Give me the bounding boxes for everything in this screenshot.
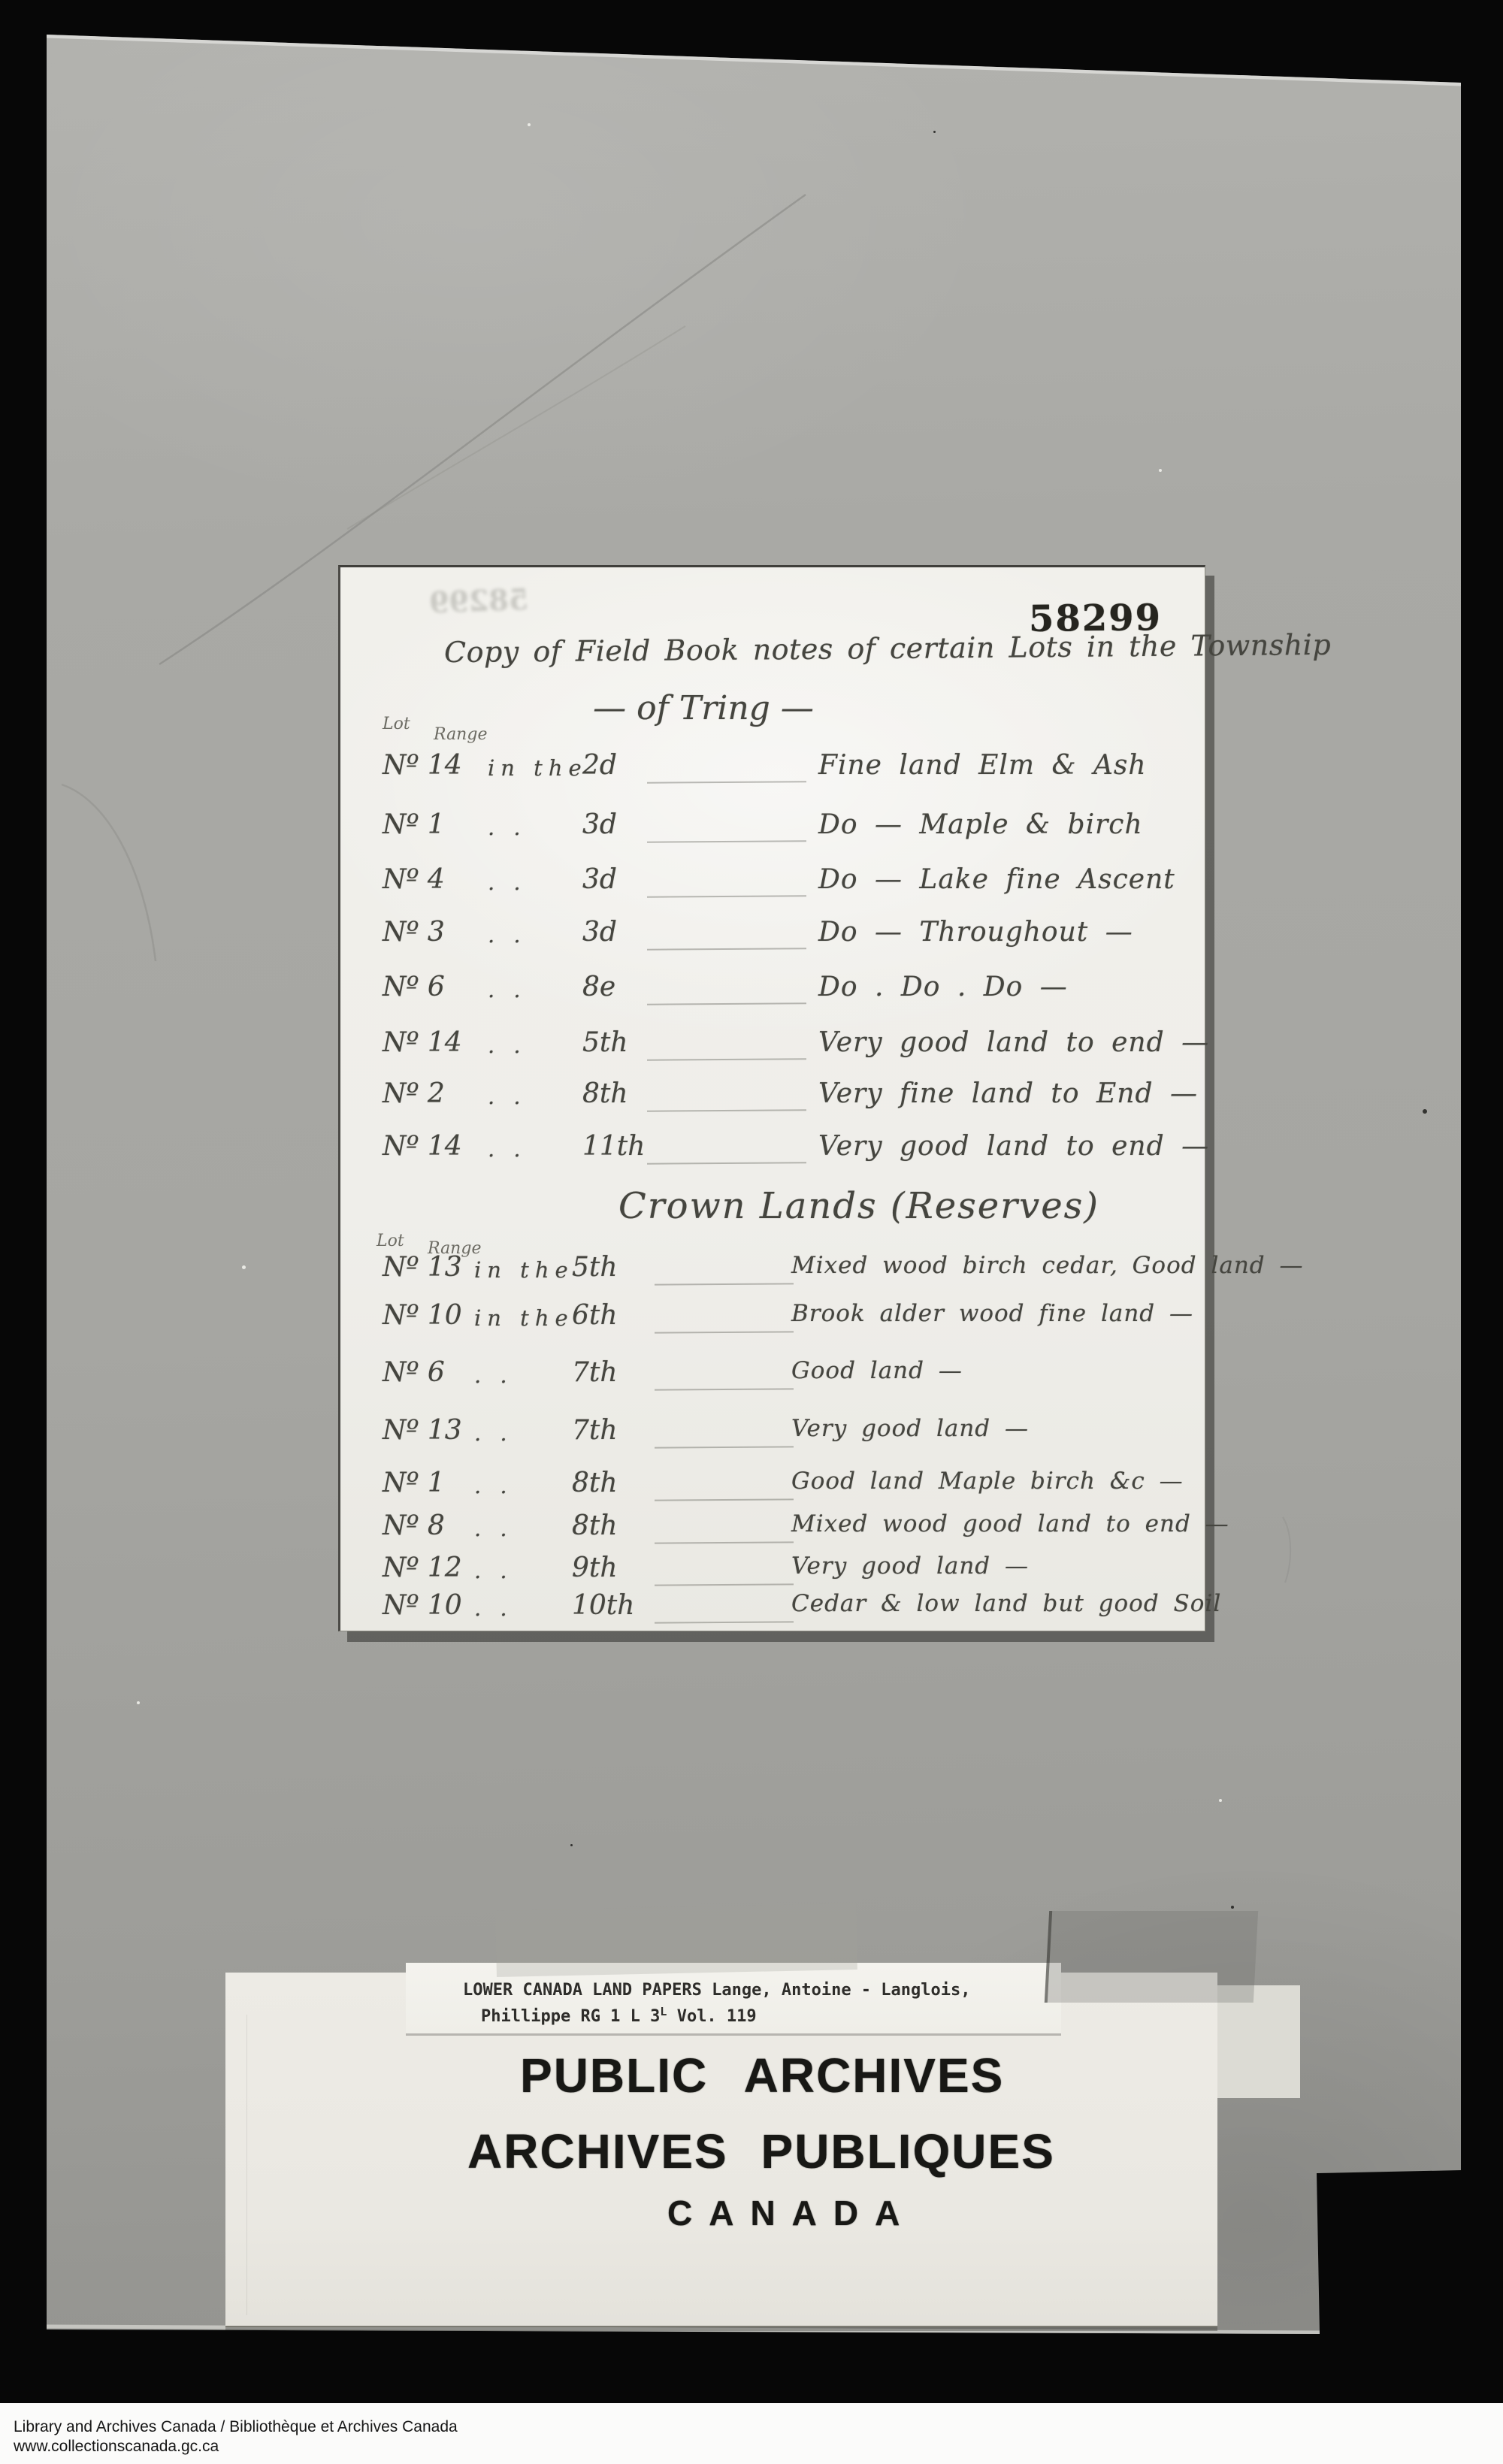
photo-speck bbox=[570, 1844, 573, 1846]
row-mid: . . bbox=[474, 1362, 513, 1388]
row-range: 3d bbox=[582, 809, 617, 840]
row-lot: Nº 12 bbox=[383, 1552, 462, 1583]
row-description: Mixed wood good land to end — bbox=[791, 1510, 1229, 1537]
row-lot: Nº 6 bbox=[383, 972, 445, 1002]
row-description: Good land — bbox=[791, 1357, 963, 1384]
photo-speck bbox=[528, 123, 531, 126]
catalog-label-line1: LOWER CANADA LAND PAPERS Lange, Antoine … bbox=[463, 1981, 971, 2000]
row-lot: Nº 2 bbox=[383, 1078, 445, 1109]
photo-speck bbox=[1231, 1906, 1234, 1909]
photo-speck bbox=[1159, 469, 1162, 472]
footer-attribution: Library and Archives Canada / Bibliothèq… bbox=[14, 2418, 458, 2436]
catalog-label-line2-text: Phillippe RG 1 L 3 bbox=[481, 2007, 660, 2026]
sheet-inner-edge bbox=[246, 2015, 247, 2315]
row-mid: in the bbox=[474, 1305, 574, 1331]
row-range: 9th bbox=[572, 1552, 618, 1583]
public-archives-line-canada: CANADA bbox=[667, 2193, 916, 2233]
row-lot: Nº 4 bbox=[383, 864, 445, 895]
row-rule bbox=[655, 1446, 794, 1448]
row-lot: Nº 13 bbox=[383, 1252, 462, 1283]
photo-speck bbox=[1219, 1799, 1222, 1802]
row-range: 3d bbox=[582, 917, 617, 948]
row-mid: in the bbox=[488, 755, 588, 781]
row-lot: Nº 6 bbox=[383, 1357, 445, 1388]
row-rule bbox=[655, 1283, 794, 1285]
ledger-row: Nº 8 . . 8th Mixed wood good land to end… bbox=[340, 1510, 1205, 1555]
row-rule bbox=[647, 895, 806, 897]
row-range: 8th bbox=[572, 1468, 618, 1498]
document-title-township: — of Tring — bbox=[527, 689, 880, 727]
row-range: 3d bbox=[582, 864, 617, 895]
row-rule bbox=[655, 1621, 794, 1623]
row-mid: . . bbox=[488, 977, 527, 1002]
row-range: 5th bbox=[582, 1027, 628, 1058]
row-rule bbox=[655, 1498, 794, 1501]
scanned-archive-page: 58299 58299 Copy of Field Book notes of … bbox=[0, 0, 1503, 2464]
row-lot: Nº 14 bbox=[383, 750, 462, 781]
row-description: Very good land — bbox=[791, 1552, 1029, 1580]
row-lot: Nº 14 bbox=[383, 1027, 462, 1058]
row-range: 5th bbox=[572, 1252, 618, 1283]
ledger-row: Nº 1 . . 3d Do — Maple & birch bbox=[340, 809, 1205, 854]
row-lot: Nº 14 bbox=[383, 1131, 462, 1162]
row-mid: . . bbox=[488, 1084, 527, 1109]
row-range: 6th bbox=[572, 1300, 618, 1331]
row-mid: . . bbox=[474, 1516, 513, 1541]
row-rule bbox=[655, 1331, 794, 1333]
row-mid: . . bbox=[488, 922, 527, 948]
row-rule bbox=[647, 1058, 806, 1060]
catalog-label-volume: Vol. 119 bbox=[667, 2007, 756, 2026]
photo-speck bbox=[137, 1701, 140, 1704]
row-range: 7th bbox=[572, 1357, 618, 1388]
row-description: Do . Do . Do — bbox=[818, 972, 1068, 1002]
photo-speck bbox=[933, 131, 936, 133]
row-description: Brook alder wood fine land — bbox=[791, 1300, 1193, 1327]
row-lot: Nº 8 bbox=[383, 1510, 445, 1541]
row-rule bbox=[655, 1541, 794, 1543]
ghost-stamp-number: 58299 bbox=[428, 582, 529, 620]
masking-tape-left bbox=[495, 1903, 857, 1977]
row-rule bbox=[647, 840, 806, 842]
row-description: Do — Maple & birch bbox=[818, 809, 1143, 840]
public-archives-line-en: PUBLIC ARCHIVES bbox=[520, 2048, 1004, 2103]
row-range: 8th bbox=[582, 1078, 628, 1109]
ledger-row: Nº 1 . . 8th Good land Maple birch &c — bbox=[340, 1468, 1205, 1513]
ledger-row: Nº 6 . . 7th Good land — bbox=[340, 1357, 1205, 1402]
row-description: Very good land to end — bbox=[818, 1131, 1209, 1162]
row-lot: Nº 10 bbox=[383, 1300, 462, 1331]
row-range: 8th bbox=[572, 1510, 618, 1541]
section-heading-crown-lands: Crown Lands (Reserves) bbox=[618, 1185, 1099, 1227]
column-header-range: Range bbox=[434, 725, 487, 744]
row-range: 8e bbox=[582, 972, 615, 1002]
row-mid: . . bbox=[474, 1558, 513, 1583]
row-mid: . . bbox=[488, 869, 527, 895]
document-sheet: 58299 58299 Copy of Field Book notes of … bbox=[338, 565, 1205, 1631]
document-title: Copy of Field Book notes of certain Lots… bbox=[444, 628, 1332, 669]
crown-column-header-lot: Lot bbox=[377, 1232, 404, 1250]
photo-speck bbox=[1423, 1109, 1427, 1114]
row-rule bbox=[647, 948, 806, 950]
row-rule bbox=[647, 1109, 806, 1111]
row-range: 11th bbox=[582, 1131, 645, 1162]
row-description: Very good land to end — bbox=[818, 1027, 1209, 1058]
ledger-row: Nº 6 . . 8e Do . Do . Do — bbox=[340, 972, 1205, 1017]
row-mid: . . bbox=[488, 1136, 527, 1162]
row-description: Do — Lake fine Ascent bbox=[818, 864, 1175, 895]
ledger-row: Nº 3 . . 3d Do — Throughout — bbox=[340, 917, 1205, 962]
row-rule bbox=[647, 1002, 806, 1005]
row-range: 10th bbox=[572, 1590, 634, 1621]
ledger-row: Nº 14 . . 11th Very good land to end — bbox=[340, 1131, 1205, 1176]
row-description: Do — Throughout — bbox=[818, 917, 1133, 948]
row-description: Good land Maple birch &c — bbox=[791, 1468, 1184, 1495]
masking-tape-right bbox=[1045, 1911, 1258, 2003]
row-rule bbox=[655, 1583, 794, 1586]
row-mid: . . bbox=[488, 1032, 527, 1058]
footer-url: www.collectionscanada.gc.ca bbox=[14, 2438, 219, 2456]
row-lot: Nº 1 bbox=[383, 809, 445, 840]
row-description: Mixed wood birch cedar, Good land — bbox=[791, 1252, 1304, 1279]
row-mid: in the bbox=[474, 1257, 574, 1283]
row-description: Cedar & low land but good Soil bbox=[791, 1590, 1221, 1617]
row-lot: Nº 13 bbox=[383, 1415, 462, 1446]
public-archives-line-fr: ARCHIVES PUBLIQUES bbox=[467, 2124, 1055, 2179]
ledger-row: Nº 4 . . 3d Do — Lake fine Ascent bbox=[340, 864, 1205, 909]
row-rule bbox=[655, 1388, 794, 1390]
row-description: Very good land — bbox=[791, 1415, 1029, 1442]
row-rule bbox=[647, 781, 806, 783]
ledger-row: Nº 10 . . 10th Cedar & low land but good… bbox=[340, 1590, 1205, 1635]
row-mid: . . bbox=[474, 1420, 513, 1446]
ledger-row: Nº 10 in the 6th Brook alder wood fine l… bbox=[340, 1300, 1205, 1345]
row-lot: Nº 1 bbox=[383, 1468, 445, 1498]
photo-speck bbox=[242, 1265, 246, 1269]
row-description: Very fine land to End — bbox=[818, 1078, 1198, 1109]
column-header-lot: Lot bbox=[383, 715, 410, 733]
row-lot: Nº 10 bbox=[383, 1590, 462, 1621]
row-description: Fine land Elm & Ash bbox=[818, 750, 1147, 781]
ledger-row: Nº 14 . . 5th Very good land to end — bbox=[340, 1027, 1205, 1072]
ledger-row: Nº 13 in the 5th Mixed wood birch cedar,… bbox=[340, 1252, 1205, 1297]
microfilm-photo-area: 58299 58299 Copy of Field Book notes of … bbox=[47, 33, 1461, 2336]
footer-bar: Library and Archives Canada / Bibliothèq… bbox=[0, 2403, 1503, 2464]
row-range: 7th bbox=[572, 1415, 618, 1446]
row-mid: . . bbox=[474, 1595, 513, 1621]
catalog-label-line2: Phillippe RG 1 L 3L Vol. 119 bbox=[481, 2005, 757, 2026]
row-lot: Nº 3 bbox=[383, 917, 445, 948]
ledger-row: Nº 14 in the 2d Fine land Elm & Ash bbox=[340, 750, 1205, 795]
row-mid: . . bbox=[474, 1473, 513, 1498]
row-mid: . . bbox=[488, 815, 527, 840]
row-rule bbox=[647, 1162, 806, 1164]
ledger-row: Nº 2 . . 8th Very fine land to End — bbox=[340, 1078, 1205, 1123]
row-range: 2d bbox=[582, 750, 617, 781]
ledger-row: Nº 13 . . 7th Very good land — bbox=[340, 1415, 1205, 1460]
